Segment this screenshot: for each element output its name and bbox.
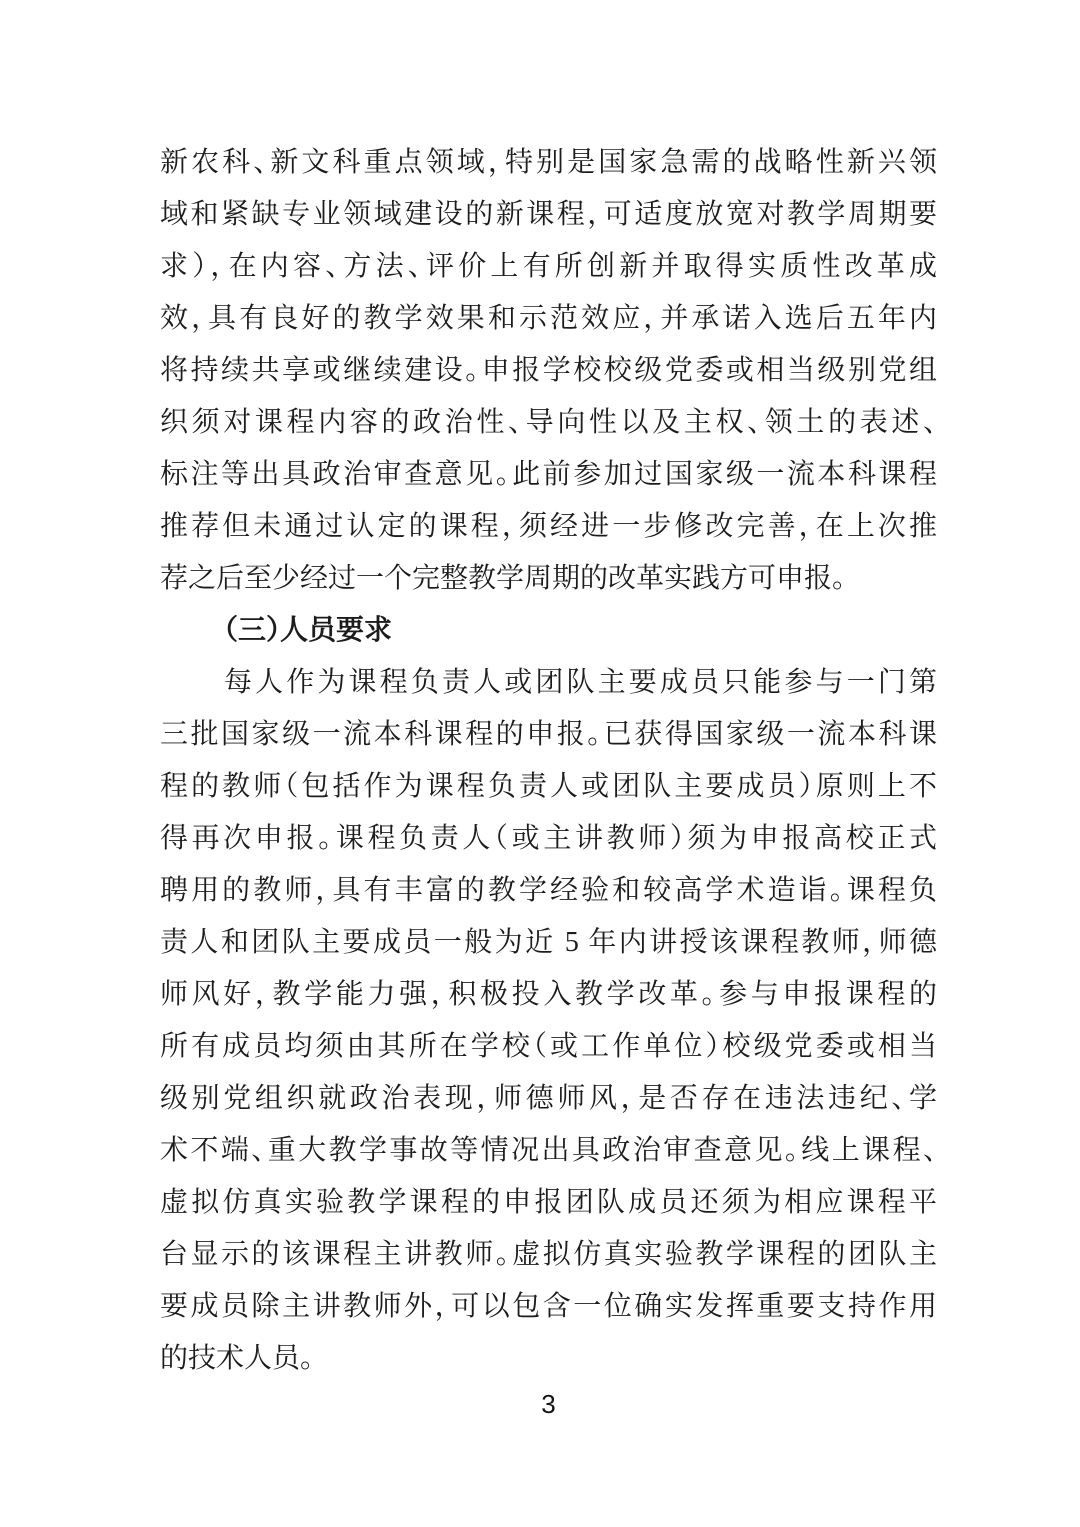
text-line: 新农科、新文科重点领域，特别是国家急需的战略性新兴领	[160, 137, 937, 189]
text-line: 术不端、重大教学事故等情况出具政治审查意见。线上课程、	[160, 1125, 937, 1177]
page-number: 3	[160, 1388, 937, 1420]
text-line: 所有成员均须由其所在学校（或工作单位）校级党委或相当	[160, 1021, 937, 1073]
text-line: 要成员除主讲教师外，可以包含一位确实发挥重要支持作用	[160, 1281, 937, 1333]
text-line: 聘用的教师，具有丰富的教学经验和较高学术造诣。课程负	[160, 865, 937, 917]
section-heading: （三）人员要求	[160, 605, 937, 657]
text-line: 域和紧缺专业领域建设的新课程，可适度放宽对教学周期要	[160, 189, 937, 241]
text-line: 求），在内容、方法、评价上有所创新并取得实质性改革成	[160, 241, 937, 293]
text-line: 荐之后至少经过一个完整教学周期的改革实践方可申报。	[160, 553, 937, 605]
text-line: 每人作为课程负责人或团队主要成员只能参与一门第	[160, 657, 937, 709]
text-line: 程的教师（包括作为课程负责人或团队主要成员）原则上不	[160, 761, 937, 813]
text-line: 台显示的该课程主讲教师。虚拟仿真实验教学课程的团队主	[160, 1229, 937, 1281]
paragraph-continuation: 新农科、新文科重点领域，特别是国家急需的战略性新兴领 域和紧缺专业领域建设的新课…	[160, 137, 937, 605]
text-line: 将持续共享或继续建设。申报学校校级党委或相当级别党组	[160, 345, 937, 397]
text-line: 的技术人员。	[160, 1333, 937, 1385]
text-line: 标注等出具政治审查意见。此前参加过国家级一流本科课程	[160, 449, 937, 501]
text-line: 三批国家级一流本科课程的申报。已获得国家级一流本科课	[160, 709, 937, 761]
text-line: 虚拟仿真实验教学课程的申报团队成员还须为相应课程平	[160, 1177, 937, 1229]
text-line: 师风好，教学能力强，积极投入教学改革。参与申报课程的	[160, 969, 937, 1021]
text-line: 织须对课程内容的政治性、导向性以及主权、领土的表述、	[160, 397, 937, 449]
text-line: 得再次申报。课程负责人（或主讲教师）须为申报高校正式	[160, 813, 937, 865]
text-line: 效，具有良好的教学效果和示范效应，并承诺入选后五年内	[160, 293, 937, 345]
document-page: 新农科、新文科重点领域，特别是国家急需的战略性新兴领 域和紧缺专业领域建设的新课…	[0, 0, 1080, 1527]
document-body: 新农科、新文科重点领域，特别是国家急需的战略性新兴领 域和紧缺专业领域建设的新课…	[160, 137, 937, 1385]
text-line: 级别党组织就政治表现，师德师风，是否存在违法违纪、学	[160, 1073, 937, 1125]
text-line: 推荐但未通过认定的课程，须经进一步修改完善，在上次推	[160, 501, 937, 553]
paragraph-personnel-requirements: 每人作为课程负责人或团队主要成员只能参与一门第 三批国家级一流本科课程的申报。已…	[160, 657, 937, 1385]
text-line: 责人和团队主要成员一般为近 5 年内讲授该课程教师，师德	[160, 917, 937, 969]
